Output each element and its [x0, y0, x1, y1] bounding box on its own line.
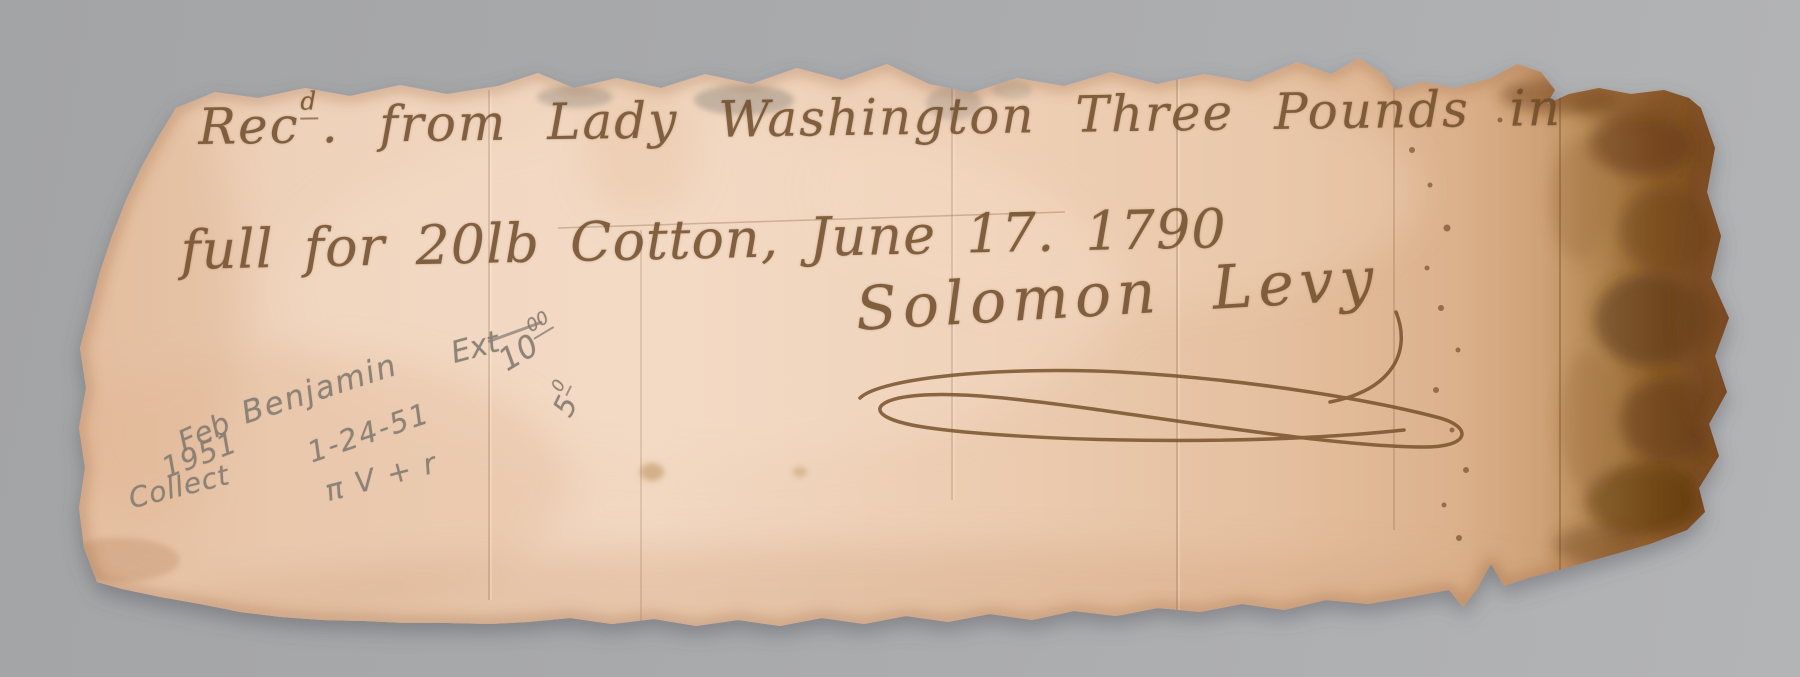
photograph-background: Recd. from Lady Washington Three Pounds … [0, 0, 1800, 677]
received-abbreviation: Rec [198, 97, 300, 156]
received-superscript: d [300, 86, 318, 119]
